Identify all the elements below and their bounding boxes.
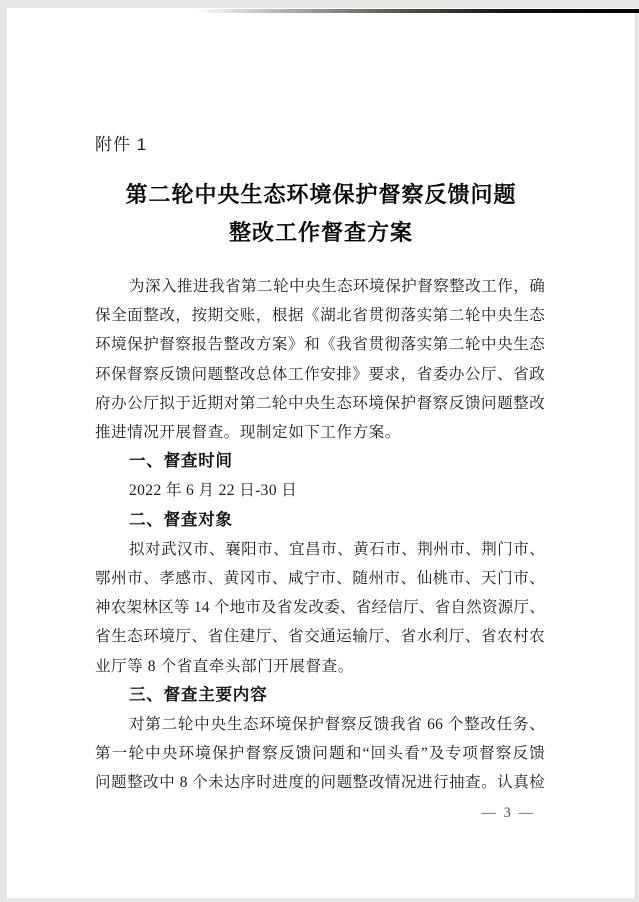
intro-line: 府办公厅拟于近期对第二轮中央生态环境保护督察反馈问题整改 [95,389,545,418]
scanned-document-page: 附件 1 第二轮中央生态环境保护督察反馈问题 整改工作督查方案 为深入推进我省第… [7,8,636,898]
scanner-edge-artifact [195,9,639,13]
targets-line: 省生态环境厅、省住建厅、省交通运输厅、省水利厅、省农村农 [95,622,545,651]
section-heading-inspection-targets: 二、督查对象 [95,506,545,535]
section-heading-inspection-content: 三、督查主要内容 [95,681,545,710]
targets-line: 拟对武汉市、襄阳市、宜昌市、黄石市、荆州市、荆门市、 [95,535,545,564]
document-body: 为深入推进我省第二轮中央生态环境保护督察整改工作，确 保全面整改，按期交账，根据… [95,272,545,798]
page-number: — 3 — [482,805,536,822]
content-line: 第一轮中央环境保护督察反馈问题和“回头看”及专项督察反馈 [95,739,545,768]
content-line: 对第二轮中央生态环境保护督察反馈我省 66 个整改任务、 [95,710,545,739]
attachment-label: 附件 1 [95,130,147,155]
targets-line: 业厅等 8 个省直牵头部门开展督查。 [95,652,545,681]
document-title: 第二轮中央生态环境保护督察反馈问题 整改工作督查方案 [7,176,635,252]
document-title-line-2: 整改工作督查方案 [7,214,635,252]
content-line: 问题整改中 8 个未达序时进度的问题整改情况进行抽查。认真检 [95,768,545,797]
intro-line: 为深入推进我省第二轮中央生态环境保护督察整改工作，确 [95,272,545,301]
intro-line: 环保督察反馈问题整改总体工作安排》要求，省委办公厅、省政 [95,360,545,389]
targets-line: 神农架林区等 14 个地市及省发改委、省经信厅、省自然资源厅、 [95,593,545,622]
section-heading-inspection-time: 一、督查时间 [95,447,545,476]
targets-line: 鄂州市、孝感市、黄冈市、咸宁市、随州市、仙桃市、天门市、 [95,564,545,593]
document-title-line-1: 第二轮中央生态环境保护督察反馈问题 [7,176,635,214]
inspection-date: 2022 年 6 月 22 日-30 日 [95,476,545,505]
intro-line: 环境保护督察报告整改方案》和《我省贯彻落实第二轮中央生态 [95,330,545,359]
intro-line: 推进情况开展督查。现制定如下工作方案。 [95,418,545,447]
intro-line: 保全面整改，按期交账，根据《湖北省贯彻落实第二轮中央生态 [95,301,545,330]
